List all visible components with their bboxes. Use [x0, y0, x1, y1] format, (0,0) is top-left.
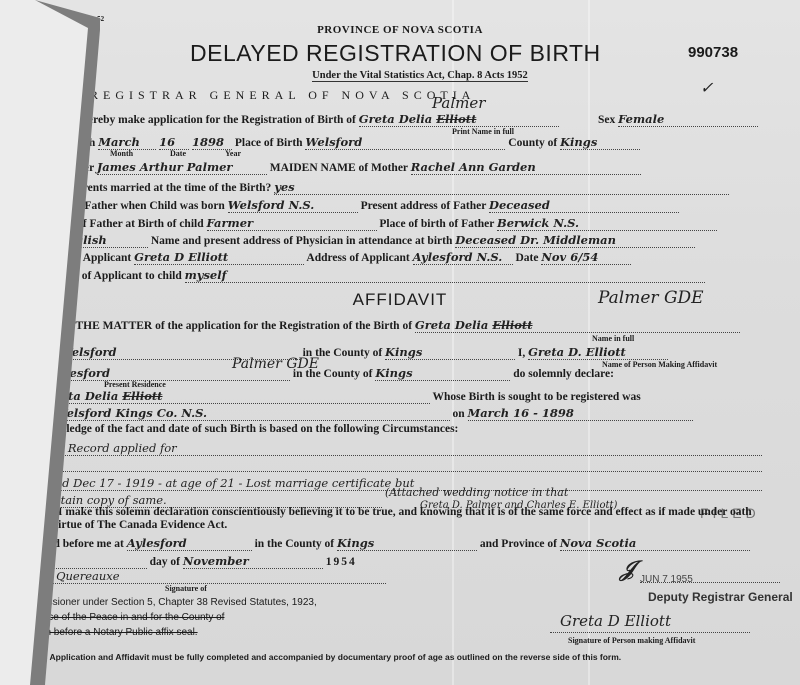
registrar-signature-line: [640, 582, 780, 583]
matter-name: Greta Delia: [415, 318, 488, 332]
application-date-value: Nov 6/54: [541, 250, 631, 265]
that-field: Greta Delia Elliott: [45, 389, 430, 404]
province-heading: PROVINCE OF NOVA SCOTIA: [0, 24, 800, 36]
date-caption: Date: [170, 149, 186, 158]
father-birthplace-label: Place of birth of Father: [379, 218, 494, 230]
mother-maiden-name: Rachel Ann Garden: [411, 160, 641, 175]
registrar-signature-icon: 𝒥: [620, 556, 635, 582]
father-residence-row: of Father when Child was born Welsford N…: [72, 198, 679, 213]
declared-row: Declared before me at Aylesford in the C…: [16, 536, 750, 551]
married-value: yes: [274, 180, 729, 195]
application-date-label: Date: [515, 252, 538, 264]
father-residence-label: of Father when Child was born: [72, 200, 225, 212]
act-text: Under the Vital Statistics Act, Chap. 8 …: [312, 70, 528, 82]
married-row: Parents married at the time of the Birth…: [70, 180, 729, 195]
father-address-label: Present address of Father: [361, 200, 487, 212]
child-surname-struck: Elliott: [436, 112, 476, 126]
matter-correction: Palmer GDE: [598, 288, 704, 308]
blank-line: [22, 459, 762, 472]
parents-row: ather James Arthur Palmer MAIDEN NAME of…: [68, 160, 641, 175]
place-of-birth-label: Place of Birth: [235, 137, 303, 149]
matter-surname-struck: Elliott: [492, 318, 532, 332]
month-caption: Month: [110, 149, 133, 158]
serial-number: 990738: [688, 44, 738, 61]
act-subtitle: Under the Vital Statistics Act, Chap. 8 …: [0, 70, 800, 81]
sex-value: Female: [618, 112, 758, 127]
birth-date-row: rth March 16 1898 Place of Birth Welsfor…: [80, 135, 640, 150]
sex-label: Sex: [598, 114, 615, 126]
deponent-signature-line: [550, 632, 750, 633]
physician-row: English Name and present address of Phys…: [58, 233, 695, 248]
day-of-label: day of: [150, 556, 180, 568]
applicant-address-label: Address of Applicant: [306, 252, 409, 264]
born-value: Welsford Kings Co. N.S.: [55, 406, 450, 421]
circumstance-line-1: Census Record applied for: [22, 441, 762, 456]
form-title: DELAYED REGISTRATION OF BIRTH: [190, 40, 601, 67]
province-label: and Province of: [480, 538, 557, 550]
province-value: Nova Scotia: [560, 536, 750, 551]
physician-value: Deceased Dr. Middleman: [455, 233, 695, 248]
deponent-signature: Greta D Elliott: [560, 612, 671, 630]
commissioner-signature: Lily L. Quereauxe: [16, 569, 386, 584]
registrar-title: Deputy Registrar General: [648, 590, 793, 604]
signature-of-caption: Signature of: [165, 584, 207, 593]
matter-name-field: Greta Delia Elliott: [415, 318, 740, 333]
residence-caption: Present Residence: [104, 380, 166, 389]
physician-label: Name and present address of Physician in…: [151, 235, 452, 247]
birth-registration-form: r-52 PROVINCE OF NOVA SCOTIA DELAYED REG…: [0, 0, 800, 685]
residence-row: Aylesford in the County of Kings do sole…: [50, 366, 614, 381]
circumstance-1: Census Record applied for: [22, 441, 762, 456]
month-value: November: [183, 554, 323, 569]
that-surname-struck: Elliott: [122, 389, 162, 403]
applicant-signature: Greta D Elliott: [134, 250, 304, 265]
father-birthplace-value: Berwick N.S.: [497, 216, 717, 231]
whose-birth-label: Whose Birth is sought to be registered w…: [433, 391, 641, 403]
surname-correction: Palmer: [432, 94, 485, 112]
father-occupation-value: Farmer: [207, 216, 377, 231]
relationship-row: nship of Applicant to child myself: [52, 268, 705, 283]
birth-month: March: [98, 135, 156, 150]
intro-label: ereby make application for the Registrat…: [88, 114, 356, 126]
i-label: I,: [518, 347, 525, 359]
date-stamp: JUN 7 1955: [640, 574, 693, 585]
declare-label: do solemnly declare:: [513, 368, 614, 380]
fold-line: [588, 0, 590, 685]
commissioner-text-1: Commissioner under Section 5, Chapter 38…: [16, 597, 317, 608]
applicant-row: re of Applicant Greta D Elliott Address …: [58, 250, 631, 265]
married-label: Parents married at the time of the Birth…: [70, 182, 271, 194]
residence-correction: Palmer GDE: [232, 356, 319, 372]
born-row: orn at Welsford Kings Co. N.S. on March …: [22, 406, 693, 421]
father-occupation-row: on of Father at Birth of child Farmer Pl…: [62, 216, 717, 231]
child-name-field: Greta Delia Elliott: [359, 112, 559, 127]
county-value: Kings: [385, 345, 515, 360]
place-of-birth-value: Welsford: [305, 135, 505, 150]
year-caption: Year: [225, 149, 241, 158]
declared-county-value: Kings: [337, 536, 477, 551]
circumstance-line-blank: [22, 459, 762, 475]
county-value: Kings: [560, 135, 640, 150]
mother-label: MAIDEN NAME of Mother: [270, 162, 408, 174]
application-intro: ereby make application for the Registrat…: [88, 112, 559, 127]
circumstance-note-1: (Attached wedding notice in that: [385, 486, 568, 499]
father-name: James Arthur Palmer: [97, 160, 267, 175]
deponent-signature-caption: Signature of Person making Affidavit: [568, 636, 695, 645]
deponent-name: Greta D. Elliott: [528, 345, 668, 360]
county-label: County of: [508, 137, 557, 149]
father-residence-field: Welsford N.S.: [228, 198, 358, 213]
on-label: on: [452, 408, 464, 420]
day-row: this 22 day of November 1954: [16, 554, 357, 569]
born-at-row: n at Welsford in the County of Kings I, …: [38, 345, 668, 360]
commissioner-signature-line: Lily L. Quereauxe: [16, 569, 386, 584]
relationship-value: myself: [185, 268, 705, 283]
father-residence-province: N.S.: [289, 198, 315, 212]
matter-row: IN THE MATTER of the application for the…: [60, 318, 740, 333]
name-in-full-caption: Name in full: [592, 334, 634, 343]
year-value: 1954: [326, 556, 357, 568]
deponent-caption: Name of Person Making Affidavit: [602, 360, 717, 369]
father-address-value: Deceased: [489, 198, 679, 213]
checkmark-icon: ✓: [700, 78, 713, 97]
on-value: March 16 - 1898: [468, 406, 693, 421]
birth-year: 1898: [192, 135, 232, 150]
that-row: hat Greta Delia Elliott Whose Birth is s…: [26, 389, 641, 404]
solemn-declaration: I make this solemn declaration conscient…: [58, 506, 752, 518]
applicant-address-value: Aylesford N.S.: [413, 250, 513, 265]
declared-county-label: in the County of: [255, 538, 335, 550]
addressee: REGISTRAR GENERAL OF NOVA SCOTIA: [90, 88, 475, 103]
footer-note: This Application and Affidavit must be f…: [30, 652, 621, 662]
knowledge-label: My knowledge of the fact and date of suc…: [20, 423, 458, 435]
matter-label: IN THE MATTER of the application for the…: [60, 320, 412, 332]
residence-county-value: Kings: [375, 366, 510, 381]
father-residence-value: Welsford: [228, 198, 285, 212]
declared-value: Aylesford: [127, 536, 252, 551]
birth-day: 16: [159, 135, 189, 150]
child-name: Greta Delia: [359, 112, 432, 126]
sex-row: Sex Female: [598, 112, 758, 127]
